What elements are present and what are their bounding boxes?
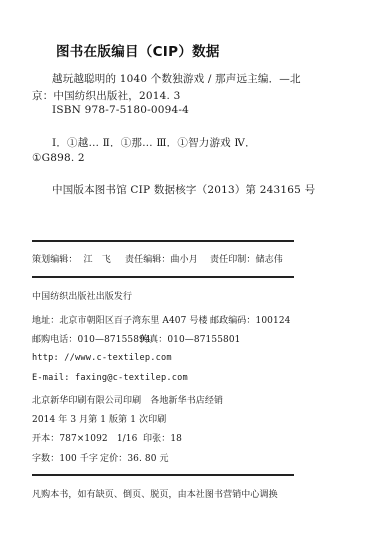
sheets-info: 印张：18	[143, 431, 182, 444]
format-info: 开本：787×1092 1/16	[32, 431, 137, 444]
fax-label: 传真：	[140, 335, 167, 345]
responsible-editor: 责任编辑：曲小月	[125, 252, 198, 265]
cip-isbn: ISBN 978-7-5180-0094-4	[52, 104, 189, 116]
publisher-address: 地址：北京市朝阳区百子湾东里 A407 号楼	[32, 313, 208, 326]
publisher-fax: 传真：010—87155801	[140, 332, 241, 345]
fax-value: 010—87155801	[167, 335, 240, 345]
publisher-email[interactable]: E-mail: faxing@c-textilep.com	[32, 373, 188, 383]
postcode-value: 100124	[256, 316, 291, 326]
sheets-value: 18	[170, 434, 182, 444]
postcode-label: 邮政编码：	[210, 316, 256, 326]
cip-classification-line2: ①G898. 2	[32, 152, 85, 164]
divider-bottom	[32, 474, 294, 476]
responsible-editor-name: 曲小月	[171, 255, 198, 265]
cip-book-title-line: 越玩越聪明的 1040 个数独游戏 / 那声远主编．—北	[52, 71, 301, 86]
cip-publisher-line: 京：中国纺织出版社，2014. 3	[32, 88, 180, 103]
format-value: 787×1092 1/16	[59, 434, 137, 444]
publisher-phone: 邮购电话：010—87155894	[32, 332, 151, 345]
price-info: 定价：36. 80 元	[100, 451, 169, 464]
price-label: 定价：	[100, 454, 127, 464]
edition-info: 2014 年 3 月第 1 版第 1 次印刷	[32, 412, 166, 425]
phone-label: 邮购电话：	[32, 335, 78, 345]
sheets-label: 印张：	[143, 434, 170, 444]
divider-top	[32, 240, 294, 242]
address-label: 地址：	[32, 316, 59, 326]
publisher-website[interactable]: http: //www.c-textilep.com	[32, 353, 172, 363]
planning-editor: 江 飞	[84, 255, 111, 265]
price-value: 36. 80 元	[127, 454, 168, 464]
word-count-info: 字数：100 千字	[32, 451, 98, 464]
replacement-notice: 凡购本书，如有缺页、倒页、脱页，由本社图书营销中心调换	[32, 487, 278, 500]
responsible-printing-name: 储志伟	[256, 255, 283, 265]
responsible-editor-label: 责任编辑：	[125, 255, 171, 265]
planning-editor-label: 策划编辑：	[32, 255, 78, 265]
cip-classification-line1: Ⅰ．①越… Ⅱ．①那… Ⅲ．①智力游戏 Ⅳ．	[52, 135, 256, 150]
word-count-label: 字数：	[32, 454, 59, 464]
printer-distributor: 北京新华印刷有限公司印刷 各地新华书店经销	[32, 393, 223, 406]
publisher-issued-by: 中国纺织出版社出版发行	[32, 289, 132, 302]
format-label: 开本：	[32, 434, 59, 444]
credits-row: 策划编辑：江 飞	[32, 252, 111, 265]
address-value: 北京市朝阳区百子湾东里 A407 号楼	[59, 316, 207, 326]
responsible-printing: 责任印制：储志伟	[210, 252, 283, 265]
responsible-printing-label: 责任印制：	[210, 255, 256, 265]
word-count-value: 100 千字	[59, 454, 98, 464]
cip-title: 图书在版编目（CIP）数据	[56, 40, 220, 60]
divider-middle	[32, 276, 294, 278]
publisher-postcode: 邮政编码：100124	[210, 313, 290, 326]
cip-library-record: 中国版本图书馆 CIP 数据核字（2013）第 243165 号	[52, 182, 315, 197]
